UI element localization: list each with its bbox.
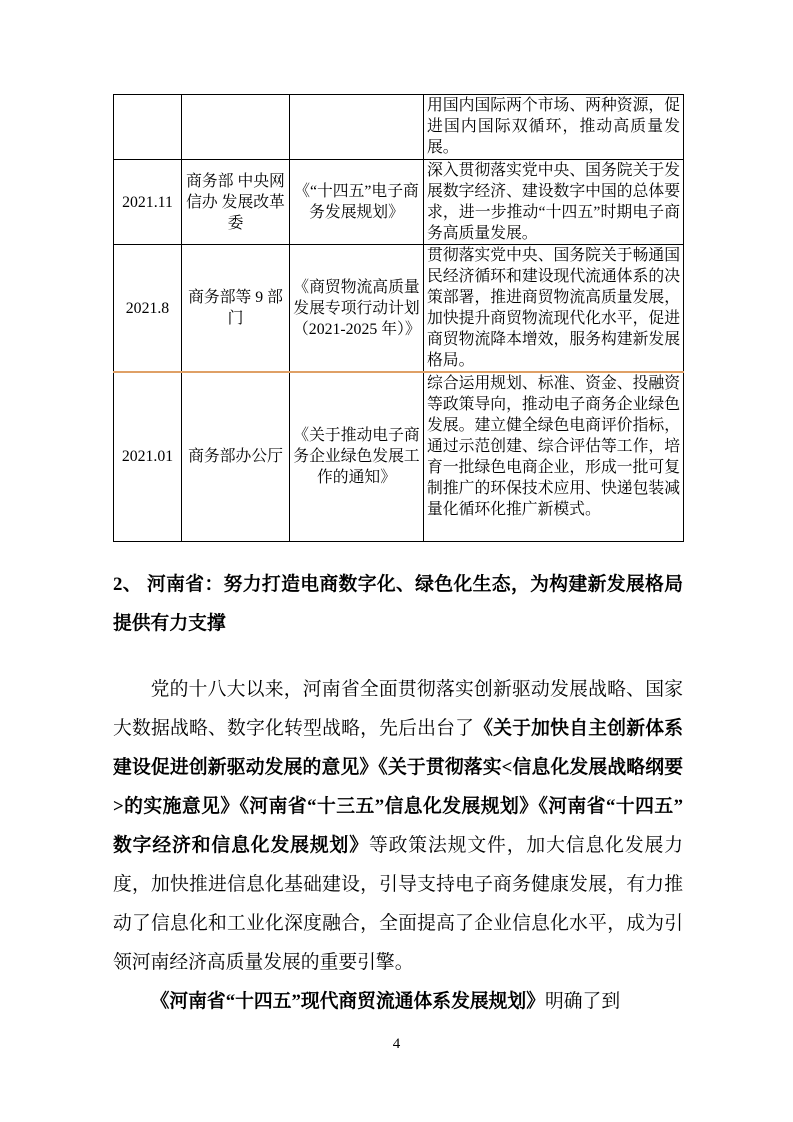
cell-description: 综合运用规划、标准、资金、投融资等政策导向，推动电子商务企业绿色发展。建立健全绿… (424, 372, 684, 541)
cell-description: 用国内国际两个市场、两种资源，促进国内国际双循环，推动高质量发展。 (424, 95, 684, 160)
cell-department: 商务部等 9 部门 (182, 245, 290, 373)
table-row: 2021.01 商务部办公厅 《关于推动电子商务企业绿色发展工作的通知》 综合运… (114, 372, 684, 541)
cell-description: 深入贯彻落实党中央、国务院关于发展数字经济、建设数字中国的总体要求，进一步推动“… (424, 160, 684, 245)
cell-description: 贯彻落实党中央、国务院关于畅通国民经济循环和建设现代流通体系的决策部署，推进商贸… (424, 245, 684, 373)
cell-date: 2021.01 (114, 372, 182, 541)
cell-policy: 《“十四五”电子商务发展规划》 (290, 160, 424, 245)
cell-department: 商务部办公厅 (182, 372, 290, 541)
paragraph-text: 明确了到 (545, 991, 620, 1012)
table-row: 用国内国际两个市场、两种资源，促进国内国际双循环，推动高质量发展。 (114, 95, 684, 160)
cell-date (114, 95, 182, 160)
cell-policy: 《商贸物流高质量发展专项行动计划（2021-2025 年）》 (290, 245, 424, 373)
cell-department (182, 95, 290, 160)
cell-date: 2021.8 (114, 245, 182, 373)
paragraph: 《河南省“十四五”现代商贸流通体系发展规划》明确了到 (113, 982, 683, 1021)
policy-table: 用国内国际两个市场、两种资源，促进国内国际双循环，推动高质量发展。 2021.1… (113, 94, 684, 542)
page-number: 4 (0, 1034, 793, 1054)
table-row: 2021.11 商务部 中央网信办 发展改革委 《“十四五”电子商务发展规划》 … (114, 160, 684, 245)
policy-title-bold: 《河南省“十四五”现代商贸流通体系发展规划》 (151, 991, 545, 1012)
cell-department: 商务部 中央网信办 发展改革委 (182, 160, 290, 245)
cell-date: 2021.11 (114, 160, 182, 245)
section-heading: 2、 河南省：努力打造电商数字化、绿色化生态，为构建新发展格局提供有力支撑 (113, 565, 683, 643)
table-row: 2021.8 商务部等 9 部门 《商贸物流高质量发展专项行动计划（2021-2… (114, 245, 684, 373)
document-page: 用国内国际两个市场、两种资源，促进国内国际双循环，推动高质量发展。 2021.1… (0, 0, 793, 1122)
cell-policy (290, 95, 424, 160)
paragraph: 党的十八大以来，河南省全面贯彻落实创新驱动发展战略、国家大数据战略、数字化转型战… (113, 670, 683, 982)
cell-policy: 《关于推动电子商务企业绿色发展工作的通知》 (290, 372, 424, 541)
